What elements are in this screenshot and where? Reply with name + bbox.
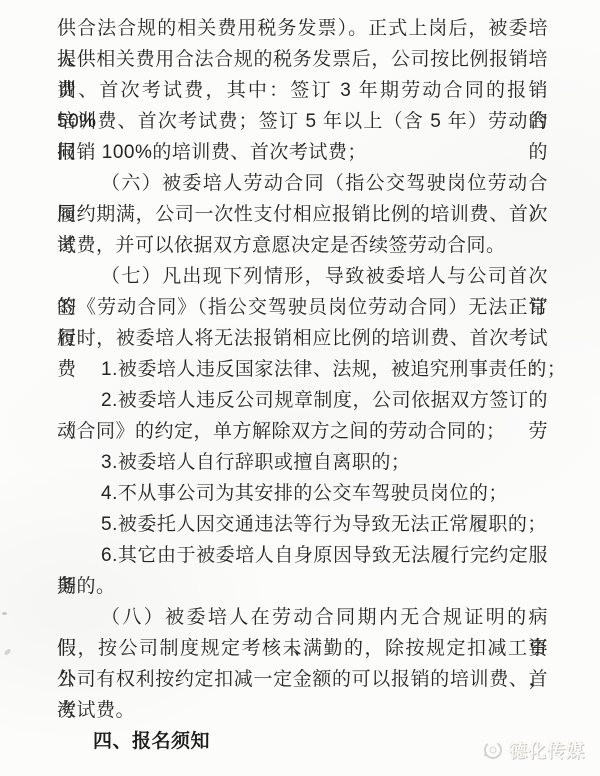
text-line: 公司有权利按约定扣减一定金额的可以报销的培训费、首次 xyxy=(57,664,548,695)
text-line: 假，按公司制度规定考核未满勤的，除按规定扣减工资外， xyxy=(57,633,548,664)
text-line: 3.被委培人自行辞职或擅自离职的； xyxy=(57,447,548,478)
scanned-document-page: 供合法合规的相关费用税务发票）。正式上岗后，被委培人 提供相关费用合法合规的税务… xyxy=(0,0,600,776)
text-line: 动合同》的约定，单方解除双方之间的劳动合同的； xyxy=(57,416,548,447)
text-line: 费、首次考试费，其中：签订 3 年期劳动合同的报销 50%的 xyxy=(57,75,548,106)
watermark-text: 德化传媒 xyxy=(509,737,585,763)
text-line: 履约期满，公司一次性支付相应报销比例的培训费、首次考 xyxy=(57,199,548,230)
watermark: 德化传媒 xyxy=(482,737,585,763)
text-line: （六）被委培人劳动合同（指公交驾驶岗位劳动合同） xyxy=(57,168,548,199)
text-line: 提供相关费用合法合规的税务发票后，公司按比例报销培训 xyxy=(57,44,548,75)
text-line: （七）凡出现下列情形，导致被委培人与公司首次签订 xyxy=(57,261,548,292)
text-line: 行时，被委培人将无法报销相应比例的培训费、首次考试费： xyxy=(57,323,548,354)
text-line: 考试费。 xyxy=(57,695,548,726)
text-line: 供合法合规的相关费用税务发票）。正式上岗后，被委培人 xyxy=(57,13,548,44)
text-line: 6.其它由于被委培人自身原因导致无法履行完约定服务 xyxy=(57,540,548,571)
text-line: （八）被委培人在劳动合同期内无合规证明的病假、事 xyxy=(57,602,548,633)
text-line: 的《劳动合同》（指公交驾驶员岗位劳动合同）无法正常履 xyxy=(57,292,548,323)
text-line: 5.被委托人因交通违法等行为导致无法正常履职的； xyxy=(57,509,548,540)
text-line: 培训费、首次考试费；签订 5 年以上（含 5 年）劳动合同的 xyxy=(57,106,548,137)
text-line: 期的。 xyxy=(57,571,548,602)
text-line: 2.被委培人违反公司规章制度，公司依据双方签订的《劳 xyxy=(57,385,548,416)
document-text-block: 供合法合规的相关费用税务发票）。正式上岗后，被委培人 提供相关费用合法合规的税务… xyxy=(57,13,548,757)
section-heading: 四、报名须知 xyxy=(57,726,548,757)
text-line: 1.被委培人违反国家法律、法规，被追究刑事责任的； xyxy=(57,354,548,385)
scan-speck xyxy=(2,612,7,615)
text-line: 试费，并可以依据双方意愿决定是否续签劳动合同。 xyxy=(57,230,548,261)
text-line: 4.不从事公司为其安排的公交车驾驶员岗位的； xyxy=(57,478,548,509)
circular-media-logo-icon xyxy=(482,739,504,761)
scan-speck xyxy=(3,648,11,655)
